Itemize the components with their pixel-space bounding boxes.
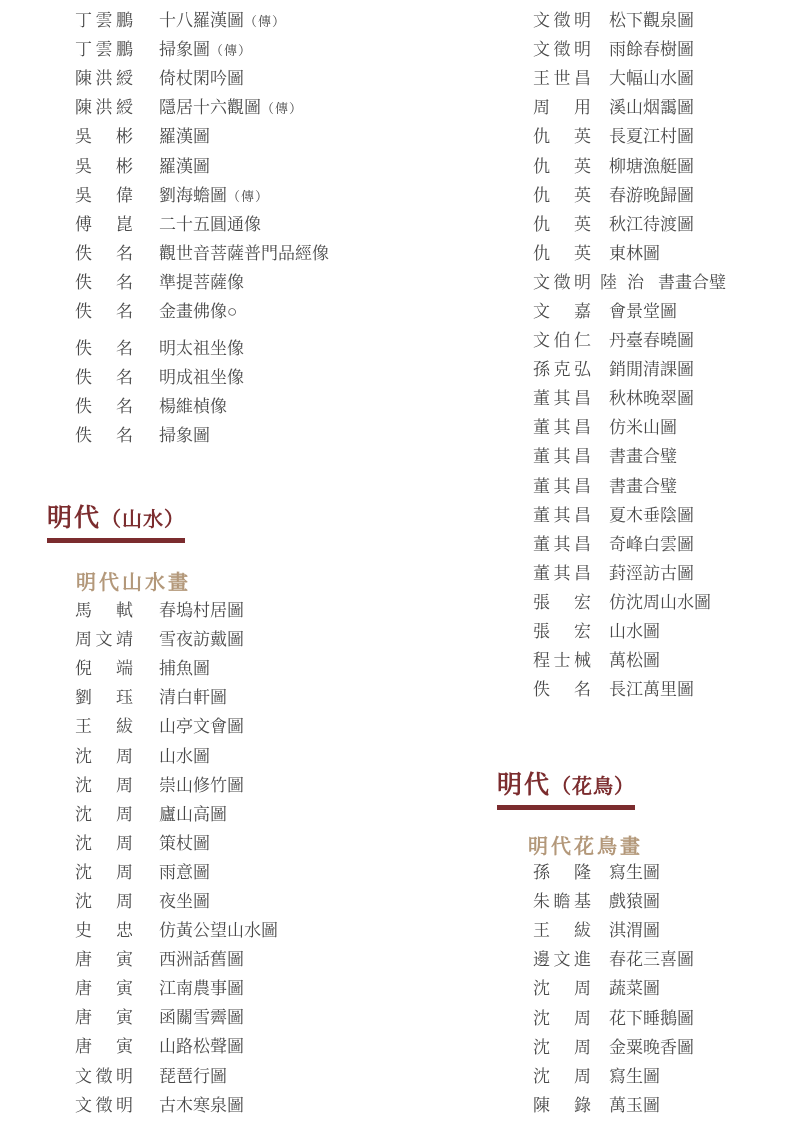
list-item: 張宏仿沈周山水圖 [533,586,726,615]
painting-title: 山水圖 [609,617,660,642]
list-item: 董其昌秋林晚翠圖 [533,382,726,411]
list-item: 王世昌大幅山水圖 [533,62,726,91]
artist-name: 孫隆 [533,858,591,883]
painting-title: 春游晚歸圖 [609,181,694,206]
list-item: 王紱山亭文會圖 [75,710,278,739]
list-item: 吳偉劉海蟾圖（傳） [75,179,329,208]
list-item: 王紱淇渭圖 [533,914,694,943]
painting-title: 溪山烟靄圖 [609,93,694,118]
section-title-paren: （山水） [101,509,185,531]
artist-name: 周文靖 [75,625,133,650]
landscape-painting-list-continued: 文徵明松下觀泉圖文徵明雨餘春樹圖王世昌大幅山水圖周用溪山烟靄圖仇英長夏江村圖仇英… [533,4,726,702]
painting-title: 秋林晚翠圖 [609,384,694,409]
list-item: 文徵明古木寒泉圖 [75,1089,278,1118]
painting-title: 柳塘漁艇圖 [609,152,694,177]
artist-name: 文徵明 [533,35,591,60]
painting-title: 隱居十六觀圖（傳） [159,93,303,118]
artist-name: 王紱 [75,712,133,737]
list-item: 文伯仁丹臺春曉圖 [533,324,726,353]
artist-name: 沈周 [75,800,133,825]
artist-name: 程士械 [533,646,591,671]
painting-title: 清白軒圖 [159,683,227,708]
artist-name: 仇英 [533,239,591,264]
list-item: 沈周山水圖 [75,739,278,768]
artist-name: 吳彬 [75,152,133,177]
attribution-note: （傳） [244,14,286,29]
list-item: 沈周雨意圖 [75,856,278,885]
painting-title: 金粟晚香圖 [609,1033,694,1058]
artist-name: 倪端 [75,654,133,679]
painting-title: 準提菩薩像 [159,268,244,293]
list-item: 沈周崇山修竹圖 [75,769,278,798]
artist-name: 吳偉 [75,181,133,206]
artist-name: 唐寅 [75,974,133,999]
subsection-title-landscape: 明代山水畫 [76,566,191,595]
artist-name: 文徵明 [533,268,591,293]
artist-name: 劉珏 [75,683,133,708]
list-item: 沈周廬山高圖 [75,798,278,827]
artist-name: 文徵明 [75,1062,133,1087]
artist-name: 佚名 [75,268,133,293]
artist-name: 佚名 [533,675,591,700]
list-item: 邊文進春花三喜圖 [533,943,694,972]
list-item: 仇英春游晚歸圖 [533,179,726,208]
painting-title: 廬山高圖 [159,800,227,825]
painting-title: 明成祖坐像 [159,363,244,388]
painting-title: 十八羅漢圖（傳） [159,6,286,31]
painting-title: 寫生圖 [609,858,660,883]
painting-title: 函關雪霽圖 [159,1003,244,1028]
artist-name: 傅崑 [75,210,133,235]
list-item: 沈周策杖圖 [75,827,278,856]
artist-name: 沈周 [533,1004,591,1029]
list-item: 丁雲鵬掃象圖（傳） [75,33,329,62]
artist-name: 董其昌 [533,472,591,497]
list-item: 唐寅函關雪霽圖 [75,1001,278,1030]
list-item: 唐寅山路松聲圖 [75,1030,278,1059]
artist-name: 文徵明 [75,1091,133,1116]
painting-title: 二十五圓通像 [159,210,261,235]
painting-title: 倚杖閑吟圖 [159,64,244,89]
artist-name: 馬軾 [75,596,133,621]
artist-name: 陳錄 [533,1091,591,1116]
artist-name: 張宏 [533,617,591,642]
artist-name: 佚名 [75,297,133,322]
painting-title: 書畫合璧 [609,472,677,497]
painting-title: 山水圖 [159,742,210,767]
attribution-note: （傳） [227,189,269,204]
artist-name: 沈周 [533,1033,591,1058]
list-item: 朱瞻基戲猿圖 [533,885,694,914]
catalog-page: 丁雲鵬十八羅漢圖（傳）丁雲鵬掃象圖（傳）陳洪綬倚杖閑吟圖陳洪綬隱居十六觀圖（傳）… [0,0,800,1133]
list-item: 唐寅江南農事圖 [75,972,278,1001]
artist-name: 沈周 [75,742,133,767]
artist-name: 邊文進 [533,945,591,970]
list-item: 唐寅西洲話舊圖 [75,943,278,972]
artist-name: 佚名 [75,421,133,446]
list-item: 董其昌夏木垂陰圖 [533,499,726,528]
artist-name: 佚名 [75,239,133,264]
painting-title: 雨餘春樹圖 [609,35,694,60]
list-item: 孫克弘銷閒清課圖 [533,353,726,382]
artist-name: 唐寅 [75,1003,133,1028]
artist-name: 董其昌 [533,501,591,526]
painting-title: 劉海蟾圖（傳） [159,181,269,206]
painting-title: 奇峰白雲圖 [609,530,694,555]
artist-name: 文伯仁 [533,326,591,351]
list-item: 仇英秋江待渡圖 [533,208,726,237]
painting-title: 仿黃公望山水圖 [159,916,278,941]
artist-name: 沈周 [75,887,133,912]
artist-name: 王世昌 [533,64,591,89]
artist-name: 朱瞻基 [533,887,591,912]
artist-name: 董其昌 [533,559,591,584]
artist-name: 董其昌 [533,413,591,438]
artist-name: 陳洪綬 [75,64,133,89]
artist-name: 唐寅 [75,945,133,970]
artist-name: 陳洪綬 [75,93,133,118]
artist-name: 沈周 [75,771,133,796]
painting-title: 策杖圖 [159,829,210,854]
section-underline [47,538,185,543]
list-item: 佚名楊維楨像 [75,390,329,419]
list-item: 佚名觀世音菩薩普門品經像 [75,237,329,266]
list-item: 文徵明琵琶行圖 [75,1060,278,1089]
painting-title: 仿米山圖 [609,413,677,438]
list-item: 董其昌葑涇訪古圖 [533,557,726,586]
painting-title: 淇渭圖 [609,916,660,941]
painting-title: 松下觀泉圖 [609,6,694,31]
painting-title: 楊維楨像 [159,392,227,417]
painting-title: 山路松聲圖 [159,1032,244,1057]
painting-title: 萬玉圖 [609,1091,660,1116]
list-item: 文徵明雨餘春樹圖 [533,33,726,62]
list-item: 吳彬羅漢圖 [75,149,329,178]
list-item: 仇英東林圖 [533,237,726,266]
section-header-landscape: 明代（山水） [47,503,185,543]
subsection-title-bird-and-flower: 明代花鳥畫 [528,830,643,859]
artist-name: 董其昌 [533,530,591,555]
artist-name: 史忠 [75,916,133,941]
section-header-bird-and-flower: 明代（花鳥） [497,770,635,810]
painting-title: 長夏江村圖 [609,122,694,147]
list-item: 董其昌書畫合璧 [533,440,726,469]
list-item: 董其昌仿米山圖 [533,411,726,440]
list-item: 張宏山水圖 [533,615,726,644]
list-item: 文嘉會景堂圖 [533,295,726,324]
list-item: 周文靖雪夜訪戴圖 [75,623,278,652]
artist-name: 沈周 [75,829,133,854]
list-item: 佚名長江萬里圖 [533,673,726,702]
painting-title: 捕魚圖 [159,654,210,679]
painting-title: 會景堂圖 [609,297,677,322]
painting-title: 明太祖坐像 [159,334,244,359]
artist-name: 張宏 [533,588,591,613]
list-item: 陳洪綬倚杖閑吟圖 [75,62,329,91]
painting-title: 雪夜訪戴圖 [159,625,244,650]
artist-name: 董其昌 [533,384,591,409]
painting-title: 大幅山水圖 [609,64,694,89]
list-item: 仇英柳塘漁艇圖 [533,149,726,178]
artist-name: 孫克弘 [533,355,591,380]
section-underline [497,805,635,810]
list-item: 佚名準提菩薩像 [75,266,329,295]
painting-title: 羅漢圖 [159,152,210,177]
list-item: 劉珏清白軒圖 [75,681,278,710]
artist-name: 仇英 [533,181,591,206]
artist-name: 仇英 [533,210,591,235]
list-item: 陳洪綬隱居十六觀圖（傳） [75,91,329,120]
list-item: 周用溪山烟靄圖 [533,91,726,120]
painting-title: 萬松圖 [609,646,660,671]
section-title: 明代 [497,772,551,799]
artist-name: 董其昌 [533,442,591,467]
painting-title: 仿沈周山水圖 [609,588,711,613]
artist-name: 沈周 [75,858,133,883]
painting-title: 雨意圖 [159,858,210,883]
artist-name: 仇英 [533,122,591,147]
artist-name: 沈周 [533,1062,591,1087]
painting-title: 古木寒泉圖 [159,1091,244,1116]
painting-title: 花下睡鵝圖 [609,1004,694,1029]
painting-title: 蔬菜圖 [609,974,660,999]
painting-title: 寫生圖 [609,1062,660,1087]
list-item: 佚名明成祖坐像 [75,361,329,390]
painting-title: 丹臺春曉圖 [609,326,694,351]
artist-name: 佚名 [75,334,133,359]
painting-title: 長江萬里圖 [609,675,694,700]
painting-title: 夜坐圖 [159,887,210,912]
list-item: 沈周夜坐圖 [75,885,278,914]
artist-name: 仇英 [533,152,591,177]
list-item: 程士械萬松圖 [533,644,726,673]
list-item: 沈周花下睡鵝圖 [533,1001,694,1030]
list-item: 仇英長夏江村圖 [533,120,726,149]
bird-and-flower-painting-list: 孫隆寫生圖朱瞻基戲猿圖王紱淇渭圖邊文進春花三喜圖沈周蔬菜圖沈周花下睡鵝圖沈周金粟… [533,856,694,1118]
artist-name: 丁雲鵬 [75,6,133,31]
list-item: 沈周蔬菜圖 [533,972,694,1001]
attribution-note: （傳） [210,43,252,58]
artist-name: 文徵明 [533,6,591,31]
artist-name: 王紱 [533,916,591,941]
painting-title: 春塢村居圖 [159,596,244,621]
attribution-note: （傳） [261,101,303,116]
artist-name: 吳彬 [75,122,133,147]
list-item: 吳彬羅漢圖 [75,120,329,149]
list-item: 史忠仿黃公望山水圖 [75,914,278,943]
painting-title: 觀世音菩薩普門品經像 [159,239,329,264]
list-item: 孫隆寫生圖 [533,856,694,885]
section-title-paren: （花鳥） [551,776,635,798]
artist-name-second: 陸治 [600,268,644,293]
list-item: 陳錄萬玉圖 [533,1089,694,1118]
list-item: 董其昌奇峰白雲圖 [533,528,726,557]
painting-title: 崇山修竹圖 [159,771,244,796]
section-title: 明代 [47,505,101,532]
list-item: 董其昌書畫合璧 [533,470,726,499]
list-item: 沈周金粟晚香圖 [533,1031,694,1060]
figure-painting-list-continued: 丁雲鵬十八羅漢圖（傳）丁雲鵬掃象圖（傳）陳洪綬倚杖閑吟圖陳洪綬隱居十六觀圖（傳）… [75,4,329,448]
painting-title: 書畫合璧 [658,268,726,293]
artist-name: 佚名 [75,363,133,388]
painting-title: 書畫合璧 [609,442,677,467]
list-item: 文徵明松下觀泉圖 [533,4,726,33]
artist-name: 唐寅 [75,1032,133,1057]
list-item: 佚名明太祖坐像 [75,332,329,361]
painting-title: 江南農事圖 [159,974,244,999]
list-item: 佚名金畫佛像○ [75,295,329,324]
landscape-painting-list: 馬軾春塢村居圖周文靖雪夜訪戴圖倪端捕魚圖劉珏清白軒圖王紱山亭文會圖沈周山水圖沈周… [75,594,278,1118]
list-item: 倪端捕魚圖 [75,652,278,681]
painting-title: 西洲話舊圖 [159,945,244,970]
painting-title: 春花三喜圖 [609,945,694,970]
painting-title: 羅漢圖 [159,122,210,147]
list-item: 丁雲鵬十八羅漢圖（傳） [75,4,329,33]
list-item: 馬軾春塢村居圖 [75,594,278,623]
list-item: 文徵明陸治書畫合璧 [533,266,726,295]
painting-title: 掃象圖（傳） [159,35,252,60]
artist-name: 沈周 [533,974,591,999]
painting-title: 山亭文會圖 [159,712,244,737]
painting-title: 戲猿圖 [609,887,660,912]
list-item: 沈周寫生圖 [533,1060,694,1089]
artist-name: 丁雲鵬 [75,35,133,60]
artist-name: 文嘉 [533,297,591,322]
list-item: 傅崑二十五圓通像 [75,208,329,237]
artist-name: 佚名 [75,392,133,417]
painting-title: 金畫佛像○ [159,297,237,322]
painting-title: 掃象圖 [159,421,210,446]
list-item: 佚名掃象圖 [75,419,329,448]
painting-title: 秋江待渡圖 [609,210,694,235]
painting-title: 琵琶行圖 [159,1062,227,1087]
painting-title: 夏木垂陰圖 [609,501,694,526]
painting-title: 東林圖 [609,239,660,264]
painting-title: 葑涇訪古圖 [609,559,694,584]
artist-name: 周用 [533,93,591,118]
painting-title: 銷閒清課圖 [609,355,694,380]
